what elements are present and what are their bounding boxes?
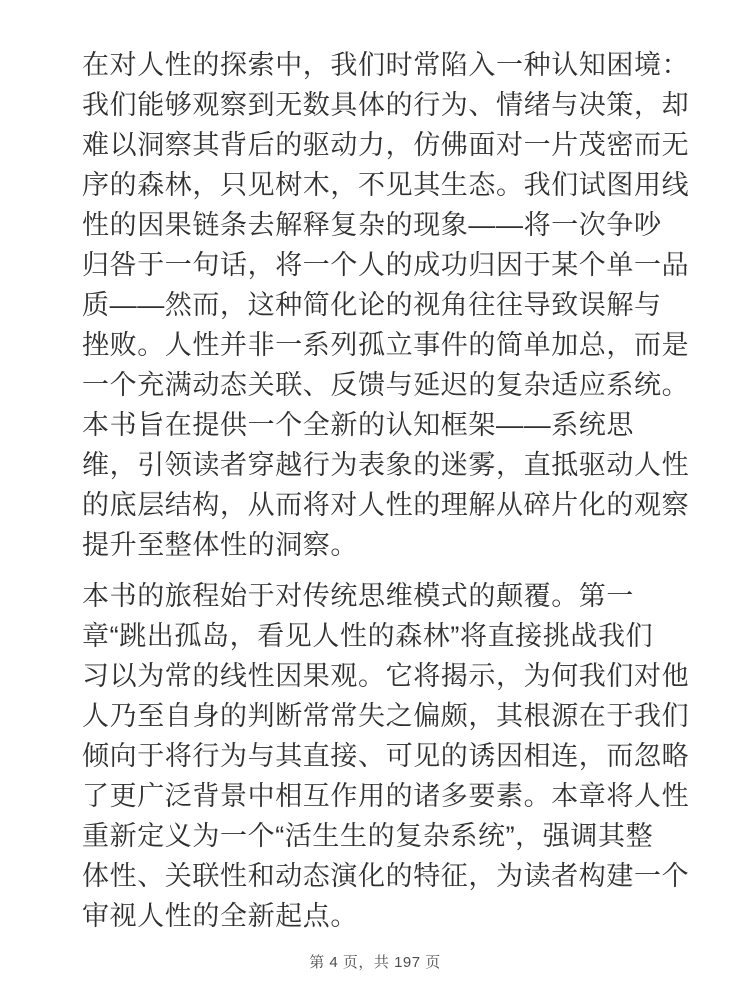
paragraph-intro: 在对人性的探索中，我们时常陷入一种认知困境： 我们能够观察到无数具体的行为、情绪…	[82, 45, 702, 565]
page-text-block: 在对人性的探索中，我们时常陷入一种认知困境： 我们能够观察到无数具体的行为、情绪…	[0, 45, 750, 936]
paragraph-chapter-overview: 本书的旅程始于对传统思维模式的颠覆。第一 章“跳出孤岛，看见人性的森林”将直接挑…	[82, 576, 702, 936]
page-number-indicator: 第 4 页，共 197 页	[0, 954, 750, 972]
document-page: 在对人性的探索中，我们时常陷入一种认知困境： 我们能够观察到无数具体的行为、情绪…	[0, 0, 750, 1000]
